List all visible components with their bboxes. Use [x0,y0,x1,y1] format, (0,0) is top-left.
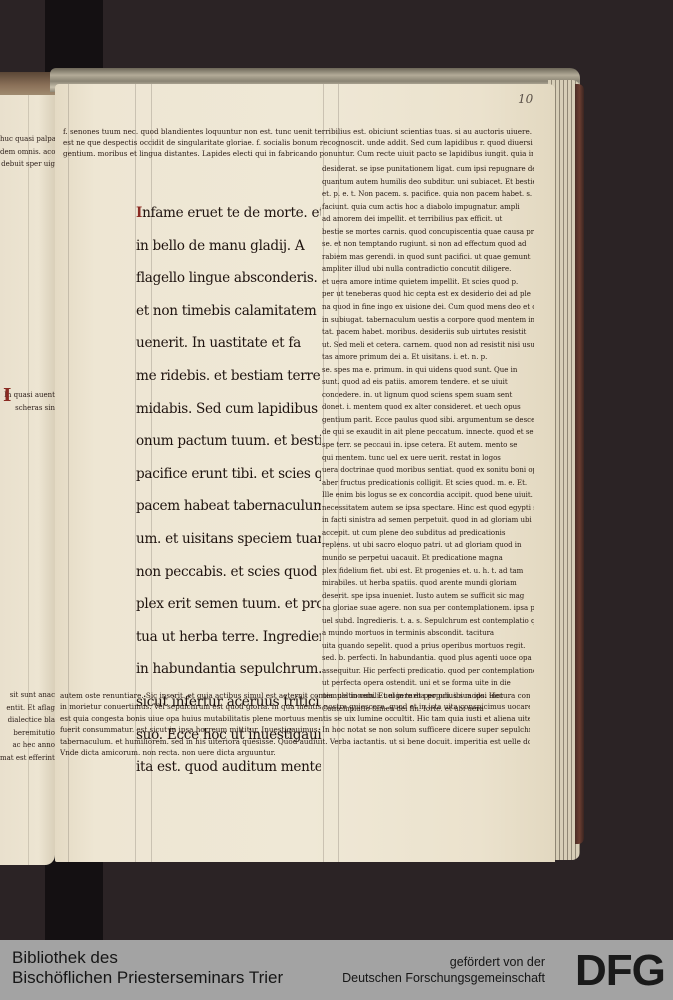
gloss-line: dem omnis. acordia [0,146,55,159]
main-text-line: et non timebis calamitatem cum [136,295,321,328]
gloss-top: f. senones tuum nec. quod blandientes lo… [63,126,533,159]
folio-number: 10 [518,92,533,106]
gloss-line: sed. b. perfecti. In habundantia. quod p… [322,652,534,665]
gloss-line: replens. ut ubi sacro eloquo patri. ut a… [322,539,534,552]
gloss-line: se. spes ma e. primum. in qui uidens quo… [322,364,534,377]
gloss-line: ut perfecta opera ostendit. uni et se fo… [322,677,534,690]
gloss-line: spe terr. se peccaui in. ipse cetera. Et… [322,439,534,452]
gloss-line: huc quasi palpar [0,133,55,146]
funder-line1: gefördert von der [342,954,545,970]
gloss-line: aber fructus predicationis colligit. Et … [322,477,534,490]
gloss-line: concedere. in. ut lignum quod sciens spe… [322,389,534,402]
gloss-line: uera doctrinae quod moribus sentiat. quo… [322,464,534,477]
gloss-line: gentium. moribus et lingua distantes. La… [63,148,533,159]
gloss-line: se. et non temptando rugiunt. si non ad … [322,238,534,251]
gloss-line: in morietur conuertimus. Vel sepulchrum … [60,701,530,712]
gloss-line: qui mentem. tunc uel ex uere uerit. rest… [322,452,534,465]
gloss-line: uita quando sepelit. quod a prius operib… [322,640,534,653]
main-text-line: in habundantia sepulchrum. [136,653,321,686]
gloss-line: ampliter illud ubi nulla contradictio co… [322,263,534,276]
gloss-line: a mundo mortuos in terminis abscondit. t… [322,627,534,640]
gloss-line: quantum autem humilis deo subditur. uni … [322,176,534,189]
manuscript-scan: huc quasi palpar dem omnis. acordia debu… [0,0,673,940]
gloss-line: uel subd. Ingredieris. t. a. s. Sepulchr… [322,615,534,628]
gloss-line: dialectice bla [0,714,55,727]
gloss-line: sunt. quod ad eis patiis. amorem tendere… [322,376,534,389]
gloss-line: sit sunt anac [0,689,55,702]
gloss-line: de qui se exaudit in ait plene peccatum.… [322,426,534,439]
main-text-line: non peccabis. et scies quod multi [136,556,321,589]
gloss-line: f. senones tuum nec. quod blandientes lo… [63,126,533,137]
gloss-line: assequitur. Hic perfecti predicatio. quo… [322,665,534,678]
gloss-line: per ut teneberas quod hic cepta est ex d… [322,288,534,301]
binding-cover-edge [575,84,584,844]
gloss-line: et. p. e. t. Non pacem. s. pacifice. qui… [322,188,534,201]
main-text-line: flagello lingue absconderis. [136,262,321,295]
gloss-line: rabiem mas gerendi. in quod sunt pacific… [322,251,534,264]
gloss-line: et uera amore intime quietem impellit. E… [322,276,534,289]
gloss-line: est quia congesta bonis uiue opa huius m… [60,713,530,724]
gloss-line: ut. Sed meli et cetera. carnem. quod non… [322,339,534,352]
left-facing-page: huc quasi palpar dem omnis. acordia debu… [0,95,55,865]
gloss-line: tat. pacem habet. moribus. desideriis su… [322,326,534,339]
gloss-line: faciunt. quia cum actis hoc a diabolo im… [322,201,534,214]
gloss-line: necessitatem autem se ipsa spectare. Hin… [322,502,534,515]
main-text-line: tua ut herba terre. Ingredieris [136,621,321,654]
main-text-line: um. et uisitans speciem tuam [136,523,321,556]
gloss-line: deserit. spe ipsa inueniet. Iusto autem … [322,590,534,603]
main-text-line: Infame eruet te de morte. et [136,197,321,230]
line-text: nfame eruet te de morte. et [142,205,321,221]
gloss-line: Vnde dicta amicorum. non recta. non uere… [60,747,530,758]
gloss-line: debuit sper uig [0,158,55,171]
main-text-line: plex erit semen tuum. et progenies [136,588,321,621]
gloss-right-column: desiderat. se ipse punitationem ligat. c… [322,163,534,715]
funder-line2: Deutschen Forschungsgemeinschaft [342,970,545,986]
gloss-line: desiderat. se ipse punitationem ligat. c… [322,163,534,176]
gloss-bottom: autem oste renuntiare. Sic inserit. et q… [60,690,530,758]
gloss-line: bestie se mortes carnis. quod concupisce… [322,226,534,239]
library-name-line1: Bibliothek des [12,948,283,968]
gloss-line: in subiugat. tabernaculum uestis a corpo… [322,314,534,327]
gloss-line: ac hec anno [0,739,55,752]
main-text-line: pacifice erunt tibi. et scies quod [136,458,321,491]
main-text-line: in bello de manu gladij. A [136,230,321,263]
gloss-line: entit. Et aflag [0,702,55,715]
gloss-line: autem oste renuntiare. Sic inserit. et q… [60,690,530,701]
library-name-line2: Bischöflichen Priesterseminars Trier [12,968,283,988]
gloss-line: in facti sinistra ad semen perpetuit. qu… [322,514,534,527]
gloss-line: tabernaculum. et humiliorem. sed in his … [60,736,530,747]
gloss-line: na quod in fine ingo ex uisione dei. Cum… [322,301,534,314]
main-text-line: uenerit. In uastitate et fa [136,327,321,360]
marginal-red-initial: I [3,385,11,406]
gloss-line: mat est efferinta [0,752,55,765]
gloss-line: mirabiles. ut herba spatiis. quod arente… [322,577,534,590]
left-gloss-bottom: sit sunt anac entit. Et aflag dialectice… [0,689,55,764]
gloss-line: tas amore primum dei a. Et uisitans. i. … [322,351,534,364]
dfg-logo: DFG [575,951,667,991]
left-gloss-top: huc quasi palpar dem omnis. acordia debu… [0,133,55,171]
gloss-line: ad amorem dei impellit. et terribilius p… [322,213,534,226]
main-text-line: midabis. Sed cum lapidibus regi [136,393,321,426]
gloss-line: na gloriae suae agere. non sua per conte… [322,602,534,615]
gloss-line: fuerit consummatur. est sicut in ipsa ho… [60,724,530,735]
footer-banner: Bibliothek des Bischöflichen Priestersem… [0,940,673,1000]
gloss-line: mundo se perpetui uacauit. Et predicatio… [322,552,534,565]
gloss-line: accepit. ut cum plene deo subditus ad pr… [322,527,534,540]
gloss-line: Ille enim bis logus se ex concordia acci… [322,489,534,502]
gloss-line: est ne que despectis occidit de singular… [63,137,533,148]
gloss-line: beremitutio [0,727,55,740]
library-name: Bibliothek des Bischöflichen Priestersem… [12,948,283,988]
gloss-line: plex fidelium fiet. ubi est. Et progenie… [322,565,534,578]
main-text-line: me ridebis. et bestiam terre non for [136,360,321,393]
funder-credit: gefördert von der Deutschen Forschungsge… [342,954,545,986]
gloss-line: gentium parit. Ecce paulus quod sibi. ar… [322,414,534,427]
gloss-line: donet. i. mentem quod ex alter considere… [322,401,534,414]
main-text-line: onum pactum tuum. et bestie terre [136,425,321,458]
main-text-line: pacem habeat tabernaculum tu [136,490,321,523]
